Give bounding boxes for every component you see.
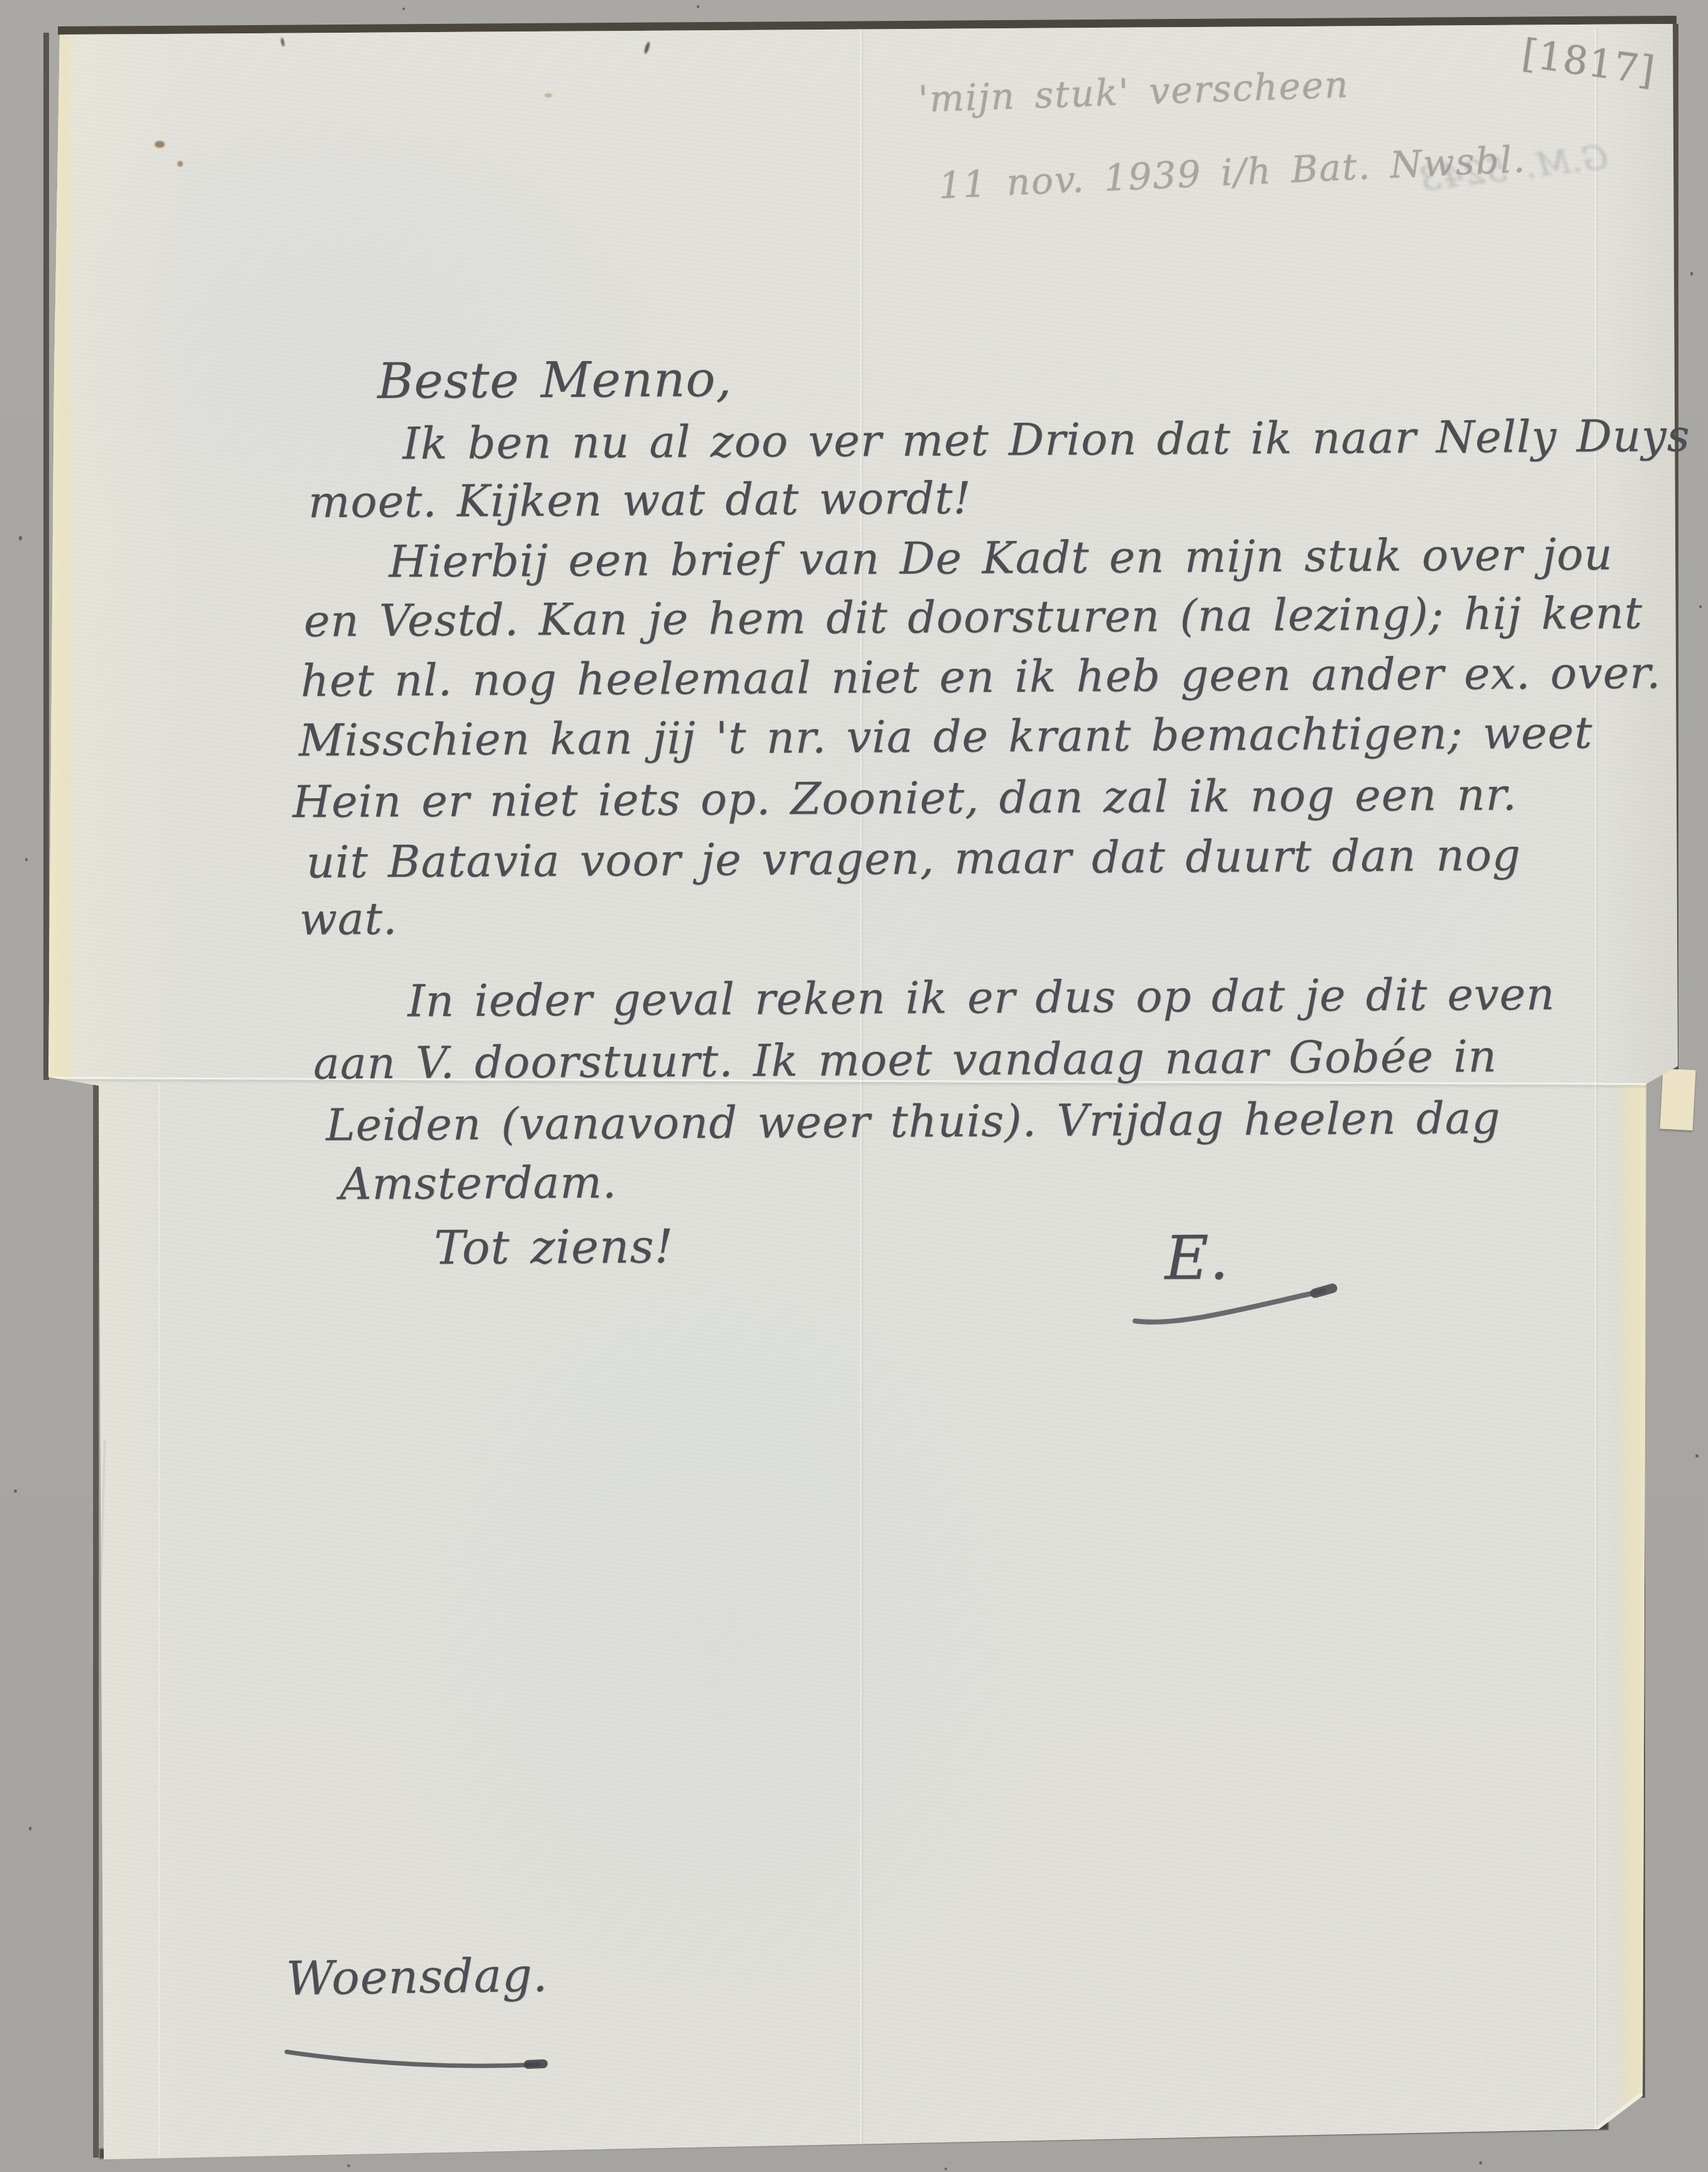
paper-edge-shadow-left-lower [93, 1081, 99, 2158]
letter-line: wat. [299, 893, 398, 945]
dateline-underline [282, 2046, 558, 2075]
vertical-crease-right [1595, 28, 1596, 2129]
letter-line: Misschien kan jij 't nr. via de krant be… [299, 707, 1593, 767]
letter-line: Ik ben nu al zoo ver met Drion dat ik na… [402, 410, 1690, 470]
dust-speck [347, 2164, 350, 2167]
dust-speck [945, 2168, 947, 2170]
letter-line: Leiden (vanavond weer thuis). Vrijdag he… [326, 1092, 1501, 1150]
letter-line: aan V. doorstuurt. Ik moet vandaag naar … [313, 1030, 1497, 1089]
foxing-spot [280, 38, 286, 47]
dust-speck [25, 858, 28, 861]
right-fold-strip [1615, 1083, 1645, 2139]
dust-speck [1479, 2161, 1482, 2164]
letter-line: Hierbij een brief van De Kadt en mijn st… [389, 528, 1613, 588]
foxing-spot [545, 93, 552, 97]
letter-line: uit Batavia voor je vragen, maar dat duu… [306, 829, 1521, 888]
letter-line: Amsterdam. [340, 1157, 618, 1210]
letter-line: en Vestd. Kan je hem dit doorsturen (na … [304, 587, 1643, 647]
vertical-crease-center [860, 28, 862, 2161]
dust-speck [29, 1827, 31, 1830]
scan-stage: 'mijn stuk' verscheen 11 nov. 1939 i/h B… [0, 0, 1708, 2172]
foxing-spot [643, 42, 651, 55]
dust-speck [697, 5, 699, 8]
letter-line: In ieder geval reken ik er dus op dat je… [408, 968, 1555, 1027]
signature-flourish [1129, 1278, 1349, 1330]
letter-line: moet. Kijken wat dat wordt! [308, 472, 972, 528]
dust-speck [1695, 1454, 1699, 1457]
foxing-spot [177, 161, 183, 167]
dust-speck [1690, 272, 1693, 276]
letter-closing: Tot ziens! [434, 1220, 674, 1275]
tape-remnant [1660, 1069, 1696, 1131]
left-fold-strip [49, 36, 77, 1078]
letter-paper [0, 0, 1708, 2172]
letter-salutation: Beste Menno, [377, 351, 733, 409]
letter-line: het nl. nog heelemaal niet en ik heb gee… [301, 647, 1661, 706]
letter-dateline: Woensdag. [286, 1948, 548, 2006]
paper-edge-shadow-left-upper [43, 33, 49, 1080]
letter-line: Hein er niet iets op. Zooniet, dan zal i… [292, 769, 1517, 828]
dust-speck [19, 536, 22, 540]
foxing-spot [155, 141, 165, 148]
vertical-crease-left [158, 1083, 160, 2156]
dust-speck [1699, 605, 1702, 608]
dust-speck [402, 8, 405, 10]
dust-speck [14, 1490, 17, 1493]
